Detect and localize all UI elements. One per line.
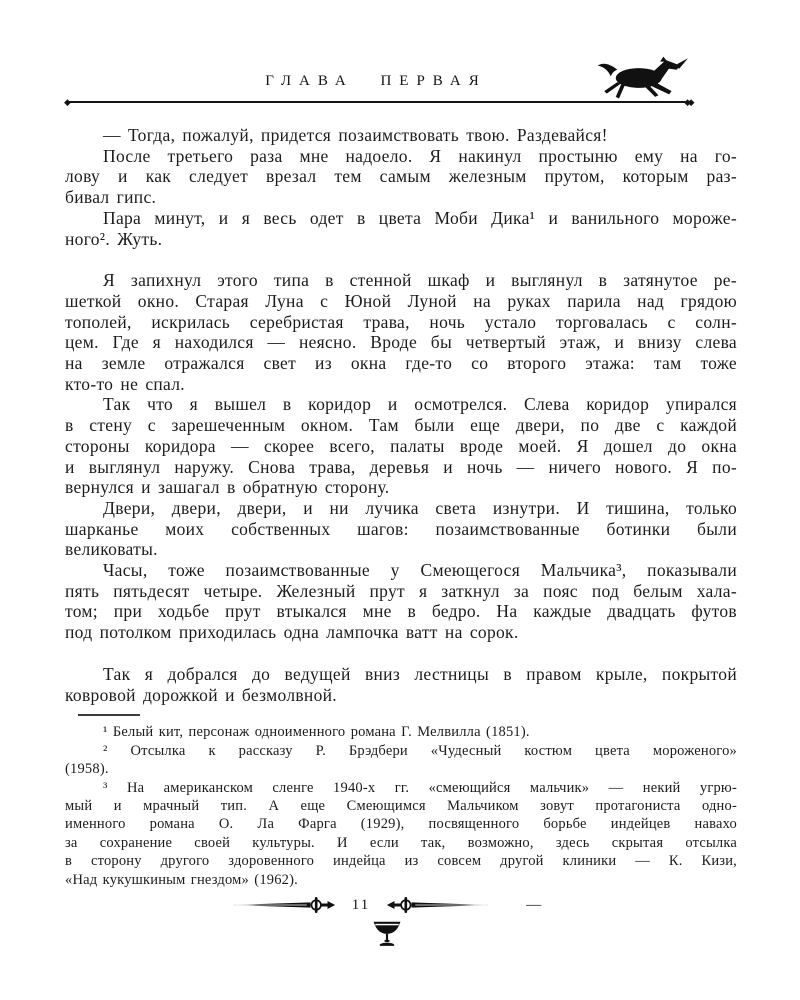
sword-left-icon xyxy=(233,896,337,914)
footnote-line: «Над кукушкиным гнездом» (1962). xyxy=(65,871,737,889)
footnote-line: ¹ Белый кит, персонаж одноименного роман… xyxy=(65,723,737,741)
text-line: вернулся и зашагал в обратную сторону. xyxy=(65,477,737,498)
paragraph: Так что я вышел в коридор и осмотрелся. … xyxy=(65,394,737,498)
text-line: Так что я вышел в коридор и осмотрелся. … xyxy=(65,394,737,415)
footnotes-section: ¹ Белый кит, персонаж одноименного роман… xyxy=(65,714,737,889)
text-line: Двери, двери, двери, и ни лучика света и… xyxy=(65,498,737,519)
text-line: под потолком приходилась одна лампочка в… xyxy=(65,622,737,643)
text-line: на земле отражался свет из окна где-то с… xyxy=(65,353,737,374)
footnote-line: мый и мрачный тип. А еще Смеющимся Мальч… xyxy=(65,797,737,815)
goblet-icon xyxy=(370,919,404,946)
paragraph: — Тогда, пожалуй, придется позаимствоват… xyxy=(65,125,737,146)
footnote-line: ³ На американском сленге 1940-х гг. «сме… xyxy=(65,779,737,797)
text-line: — Тогда, пожалуй, придется позаимствоват… xyxy=(65,125,737,146)
text-line: Так я добрался до ведущей вниз лестницы … xyxy=(65,664,737,685)
chapter-title: ГЛАВА ПЕРВАЯ xyxy=(66,73,686,90)
page-number: 11 xyxy=(350,897,372,914)
footnote-line: (1958). xyxy=(65,760,737,778)
text-line: ковровой дорожкой и безмолвной. xyxy=(65,685,737,706)
horse-ornament-icon xyxy=(596,55,688,101)
paragraph: Так я добрался до ведущей вниз лестницы … xyxy=(65,664,737,705)
page-number-row: 11 — xyxy=(51,894,723,916)
text-line: тополей, искрилась серебристая трава, но… xyxy=(65,312,737,333)
text-line: цем. Где я находился — неясно. Вроде бы … xyxy=(65,332,737,353)
text-line: стороны коридора — скорее всего, палаты … xyxy=(65,436,737,457)
footnote: ² Отсылка к рассказу Р. Брэдбери «Чудесн… xyxy=(65,742,737,779)
footnote-separator-rule xyxy=(78,714,140,716)
page-footer: 11 — xyxy=(65,894,737,946)
book-page: ГЛАВА ПЕРВАЯ ◆ ◆◆ — Тогда, пожалуй, прид… xyxy=(0,0,800,1000)
rule-right-arrows-icon: ◆◆ xyxy=(684,95,691,109)
sword-right-icon xyxy=(385,896,489,914)
text-line: том; при ходьбе прут втыкался мне в бедр… xyxy=(65,601,737,622)
text-line: кто-то не спал. xyxy=(65,374,737,395)
footnote-line: за сохранение своей культуры. И если так… xyxy=(65,834,737,852)
paragraph: Часы, тоже позаимствованные у Смеющегося… xyxy=(65,560,737,643)
paragraph: Я запихнул этого типа в стенной шкаф и в… xyxy=(65,270,737,394)
text-line: лову и как следует врезал тем самым желе… xyxy=(65,166,737,187)
footnote: ¹ Белый кит, персонаж одноименного роман… xyxy=(65,723,737,741)
footnote-line: в сторону другого здоровенного индейца и… xyxy=(65,852,737,870)
footnote-line: именного романа О. Ла Фарга (1929), посв… xyxy=(65,815,737,833)
text-line: пять пятьдесят четыре. Железный прут я з… xyxy=(65,581,737,602)
paragraph: Двери, двери, двери, и ни лучика света и… xyxy=(65,498,737,560)
footer-dash: — xyxy=(526,897,541,914)
text-line: бивал гипс. xyxy=(65,187,737,208)
text-line: шеткой окно. Старая Луна с Юной Луной на… xyxy=(65,291,737,312)
text-line: шарканье моих собственных шагов: позаимс… xyxy=(65,519,737,540)
paragraph: Пара минут, и я весь одет в цвета Моби Д… xyxy=(65,208,737,249)
body-text: — Тогда, пожалуй, придется позаимствоват… xyxy=(65,125,737,889)
text-line: в стену с зарешеченным окном. Там были е… xyxy=(65,415,737,436)
text-line: ного². Жуть. xyxy=(65,229,737,250)
paragraph: После третьего раза мне надоело. Я накин… xyxy=(65,146,737,208)
text-line: Часы, тоже позаимствованные у Смеющегося… xyxy=(65,560,737,581)
text-line: Я запихнул этого типа в стенной шкаф и в… xyxy=(65,270,737,291)
text-line: великоваты. xyxy=(65,539,737,560)
rule-left-diamond-icon: ◆ xyxy=(64,95,71,109)
header-rule: ◆ ◆◆ xyxy=(68,101,686,103)
footnote-line: ² Отсылка к рассказу Р. Брэдбери «Чудесн… xyxy=(65,742,737,760)
footnote: ³ На американском сленге 1940-х гг. «сме… xyxy=(65,779,737,889)
text-line: и выглянул наружу. Снова трава, деревья … xyxy=(65,457,737,478)
text-line: После третьего раза мне надоело. Я накин… xyxy=(65,146,737,167)
text-line: Пара минут, и я весь одет в цвета Моби Д… xyxy=(65,208,737,229)
